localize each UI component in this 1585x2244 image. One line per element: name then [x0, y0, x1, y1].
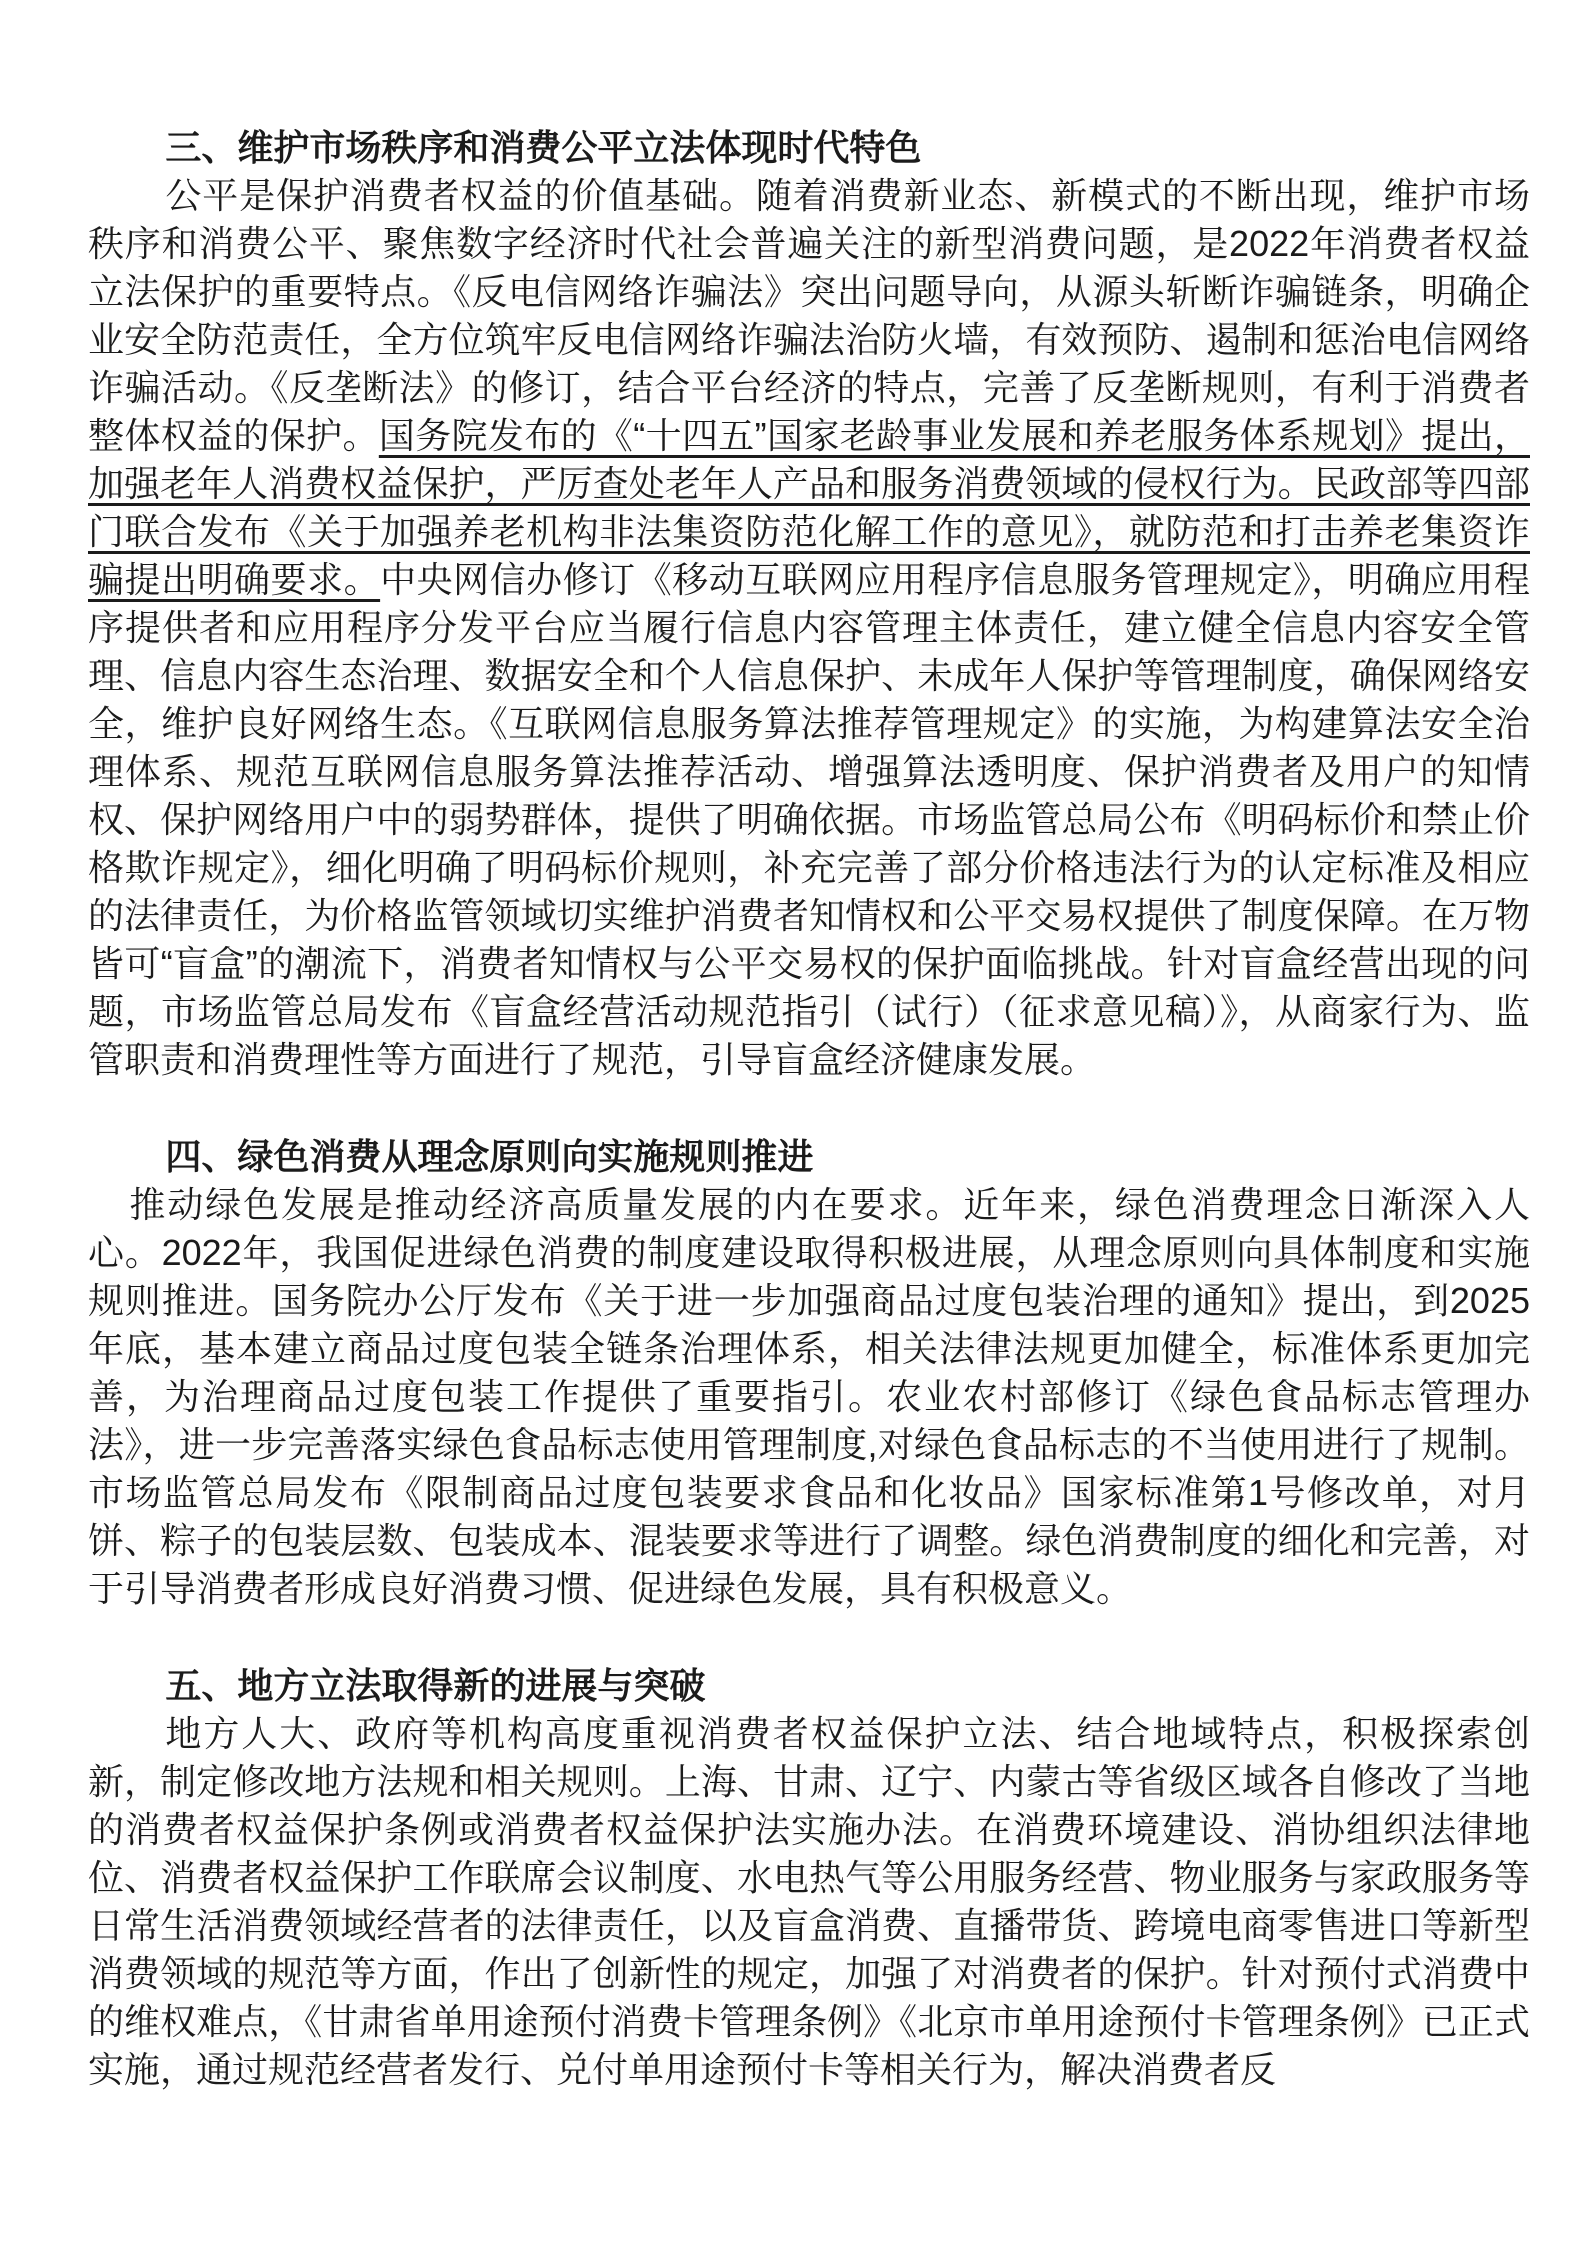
- section-heading: 四、绿色消费从理念原则向实施规则推进: [88, 1133, 1530, 1181]
- text-run: 公平是保护消费者权益的价值基础。随着消费新业态、新模式的不断出现，维护市场秩序和…: [88, 175, 1530, 456]
- text-run: 中央网信办修订《移动互联网应用程序信息服务管理规定》，明确应用程序提供者和应用程…: [88, 559, 1530, 1080]
- section-3: 三、维护市场秩序和消费公平立法体现时代特色公平是保护消费者权益的价值基础。随着消…: [88, 124, 1530, 1084]
- document-page: 三、维护市场秩序和消费公平立法体现时代特色公平是保护消费者权益的价值基础。随着消…: [0, 0, 1585, 2244]
- section-heading: 五、地方立法取得新的进展与突破: [88, 1662, 1530, 1710]
- section-5: 五、地方立法取得新的进展与突破地方人大、政府等机构高度重视消费者权益保护立法、结…: [88, 1662, 1530, 2094]
- section-heading: 三、维护市场秩序和消费公平立法体现时代特色: [88, 124, 1530, 172]
- paragraph: 地方人大、政府等机构高度重视消费者权益保护立法、结合地域特点，积极探索创新，制定…: [88, 1710, 1530, 2094]
- text-run: 地方人大、政府等机构高度重视消费者权益保护立法、结合地域特点，积极探索创新，制定…: [88, 1713, 1530, 2090]
- document-body: 三、维护市场秩序和消费公平立法体现时代特色公平是保护消费者权益的价值基础。随着消…: [88, 124, 1530, 2094]
- text-run: 推动绿色发展是推动经济高质量发展的内在要求。近年来，绿色消费理念日渐深入人心。2…: [88, 1184, 1530, 1609]
- section-4: 四、绿色消费从理念原则向实施规则推进推动绿色发展是推动经济高质量发展的内在要求。…: [88, 1133, 1530, 1613]
- paragraph: 公平是保护消费者权益的价值基础。随着消费新业态、新模式的不断出现，维护市场秩序和…: [88, 172, 1530, 1084]
- paragraph: 推动绿色发展是推动经济高质量发展的内在要求。近年来，绿色消费理念日渐深入人心。2…: [88, 1181, 1530, 1613]
